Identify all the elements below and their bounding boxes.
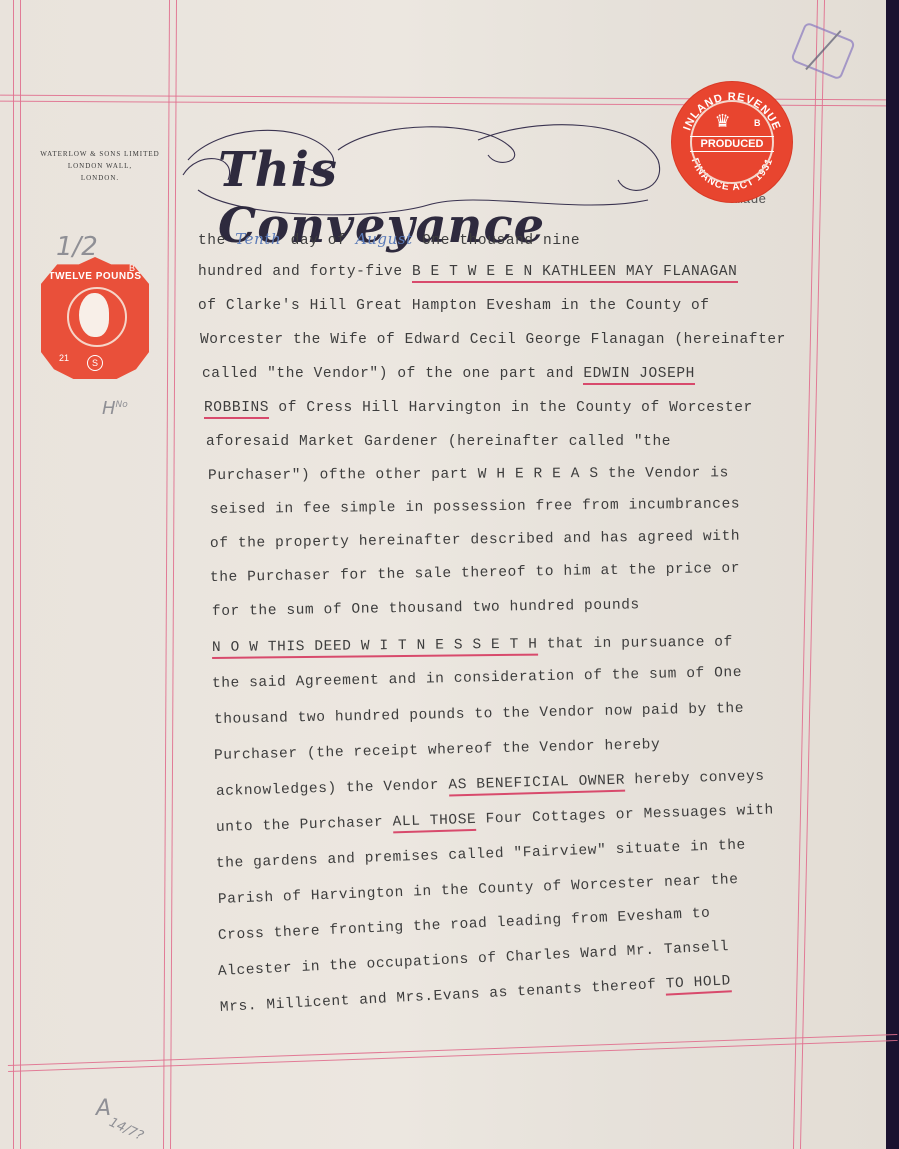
typed-text: Worcester the Wife of Edward Cecil Georg…	[200, 332, 786, 348]
underlined-term: N O W THIS DEED W I T N E S S E T H	[212, 637, 538, 659]
deed-text-line: the Tenth day of August One thousand nin…	[198, 230, 580, 249]
seal-letter: B	[754, 118, 761, 128]
margin-rule-left-outer	[13, 0, 21, 1149]
pencil-note-bottom-fraction: 14/7?	[107, 1115, 146, 1144]
handwritten-field: Tenth	[235, 230, 281, 248]
typed-text: hundred and forty-five	[198, 264, 412, 280]
deed-text-line: the said Agreement and in consideration …	[212, 665, 742, 692]
typed-text: unto the Purchaser	[216, 814, 393, 836]
deed-text-line: hundred and forty-five B E T W E E N KAT…	[198, 264, 738, 280]
imprint-line-3: LONDON.	[40, 172, 160, 184]
pencil-note-mid-main: H	[102, 398, 116, 419]
crown-icon: ♛	[716, 108, 729, 134]
duty-stamp-corner-number: 21	[59, 353, 69, 363]
rubber-stamp-mark	[790, 21, 856, 80]
typed-text: the	[198, 233, 235, 249]
margin-rule-bottom	[8, 1034, 898, 1072]
inland-revenue-seal: INLAND REVENUE FINANCE ACT 1931 ♛ B PROD…	[672, 82, 792, 202]
underlined-term: TO HOLD	[665, 973, 731, 995]
imprint-line-1: WATERLOW & SONS LIMITED	[40, 148, 160, 160]
typed-text: for the sum of One thousand two hundred …	[212, 597, 640, 620]
typed-text: the Purchaser for the sale thereof to hi…	[210, 561, 740, 586]
typed-text: of Cress Hill Harvington in the County o…	[269, 400, 753, 416]
deed-text-line: seised in fee simple in possession free …	[210, 496, 740, 518]
deed-text-line: the Purchaser for the sale thereof to hi…	[210, 561, 740, 586]
typed-text: Mrs. Millicent and Mrs.Evans as tenants …	[220, 977, 667, 1016]
typed-text: of the property hereinafter described an…	[210, 529, 740, 552]
deed-text-line: Cross there fronting the road leading fr…	[218, 906, 711, 944]
typed-text: the said Agreement and in consideration …	[212, 665, 742, 692]
deed-text-line: thousand two hundred pounds to the Vendo…	[214, 701, 744, 728]
seal-produced-label: PRODUCED	[690, 136, 774, 152]
deed-text-line: for the sum of One thousand two hundred …	[212, 597, 640, 620]
deed-paper: WATERLOW & SONS LIMITED LONDON WALL, LON…	[0, 0, 886, 1149]
deed-text-line: Mrs. Millicent and Mrs.Evans as tenants …	[220, 973, 732, 1016]
deed-text-line: aforesaid Market Gardener (hereinafter c…	[206, 434, 671, 450]
pencil-note-mid: HNo	[102, 398, 128, 419]
underlined-term: EDWIN JOSEPH	[583, 366, 695, 385]
typed-text: the gardens and premises called "Fairvie…	[216, 838, 746, 872]
typed-text: called "the Vendor") of the one part and	[202, 366, 583, 382]
deed-text-line: called "the Vendor") of the one part and…	[202, 366, 695, 382]
duty-stamp-letter: B	[129, 263, 135, 273]
pencil-note-top: 1/2	[56, 232, 98, 262]
typed-text: Cross there fronting the road leading fr…	[218, 906, 711, 944]
underlined-term: ROBBINS	[204, 400, 269, 419]
printer-imprint: WATERLOW & SONS LIMITED LONDON WALL, LON…	[40, 148, 160, 184]
pencil-note-bottom: A	[96, 1096, 111, 1121]
pencil-note-mid-sup: No	[116, 400, 128, 410]
duty-stamp-twelve-pounds: TWELVE POUNDS B 21 S	[41, 257, 149, 379]
underlined-term: AS BENEFICIAL OWNER	[448, 773, 625, 797]
typed-text: Purchaser (the receipt whereof the Vendo…	[214, 737, 661, 764]
duty-stamp-badge: S	[87, 355, 103, 371]
deed-text-line: Worcester the Wife of Edward Cecil Georg…	[200, 332, 786, 348]
typed-text: Purchaser") ofthe other part W H E R E A…	[208, 465, 729, 484]
deed-text-line: Alcester in the occupations of Charles W…	[218, 939, 730, 980]
underlined-term: B E T W E E N KATHLEEN MAY FLANAGAN	[412, 264, 738, 283]
deed-text-line: of Clarke's Hill Great Hampton Evesham i…	[198, 298, 710, 314]
typed-text: Four Cottages or Messuages with	[476, 802, 774, 827]
margin-rule-left-inner	[163, 0, 177, 1149]
typed-text: that in pursuance of	[537, 635, 733, 653]
deed-text-line: Purchaser") ofthe other part W H E R E A…	[208, 465, 729, 484]
typed-text: One thousand nine	[413, 233, 580, 249]
typed-text: Parish of Harvington in the County of Wo…	[218, 872, 739, 908]
document-title: This Conveyance	[178, 120, 668, 220]
typed-text: hereby conveys	[625, 769, 765, 789]
deed-text-line: ROBBINS of Cress Hill Harvington in the …	[204, 400, 753, 416]
margin-rule-right	[793, 0, 825, 1149]
deed-text-line: unto the Purchaser ALL THOSE Four Cottag…	[216, 802, 774, 836]
deed-text-line: N O W THIS DEED W I T N E S S E T H that…	[212, 635, 733, 656]
monarch-head-icon	[79, 293, 109, 337]
deed-text-line: Purchaser (the receipt whereof the Vendo…	[214, 737, 661, 764]
typed-text: acknowledges) the Vendor	[216, 778, 449, 800]
deed-text-line: Parish of Harvington in the County of Wo…	[218, 872, 739, 908]
deed-text-line: acknowledges) the Vendor AS BENEFICIAL O…	[216, 769, 765, 800]
typed-text: day of	[281, 233, 355, 249]
typed-text: thousand two hundred pounds to the Vendo…	[214, 701, 744, 728]
typed-text: Alcester in the occupations of Charles W…	[218, 939, 730, 980]
typed-text: of Clarke's Hill Great Hampton Evesham i…	[198, 298, 710, 314]
typed-text: aforesaid Market Gardener (hereinafter c…	[206, 434, 671, 450]
imprint-line-2: LONDON WALL,	[40, 160, 160, 172]
typed-text: seised in fee simple in possession free …	[210, 496, 740, 518]
handwritten-field: August	[356, 230, 413, 248]
deed-text-line: the gardens and premises called "Fairvie…	[216, 838, 746, 872]
underlined-term: ALL THOSE	[392, 812, 476, 834]
deed-text-line: of the property hereinafter described an…	[210, 529, 740, 552]
